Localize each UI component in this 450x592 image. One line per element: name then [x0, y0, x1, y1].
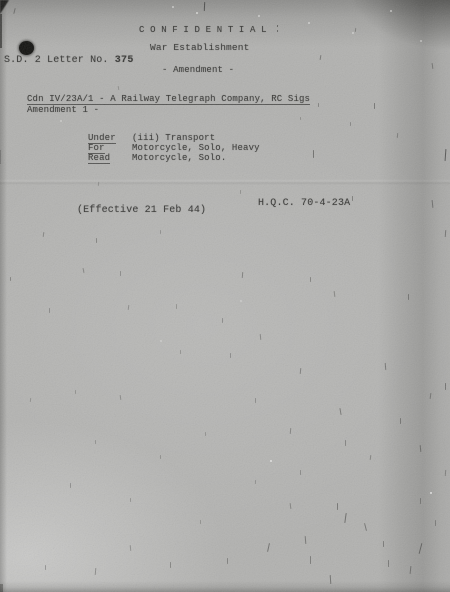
scratch-mark	[350, 122, 351, 126]
left-edge-mark	[0, 150, 1, 164]
scratch-mark	[432, 200, 434, 208]
scratch-mark	[320, 55, 322, 60]
scratch-mark	[120, 271, 121, 276]
document-title-text: Cdn IV/23A/1 - A Railway Telegraph Compa…	[27, 94, 310, 105]
scratch-mark	[10, 277, 11, 281]
scratch-mark	[419, 543, 423, 554]
scratch-mark	[43, 232, 45, 237]
scratch-mark	[200, 520, 201, 524]
scratch-mark	[277, 25, 278, 27]
scratch-mark	[95, 440, 96, 444]
scratch-mark	[128, 305, 130, 310]
scratch-mark	[96, 238, 97, 243]
scanned-document-page: C O N F I D E N T I A L War Establishmen…	[0, 0, 450, 592]
dust-speck	[352, 32, 354, 34]
scratch-mark	[370, 455, 372, 460]
scratch-mark	[352, 196, 353, 201]
dust-speck	[172, 6, 174, 8]
scratch-mark	[160, 455, 161, 459]
scratch-mark	[260, 334, 262, 340]
dust-speck	[196, 12, 198, 14]
scratch-mark	[98, 182, 99, 186]
scratch-mark	[130, 545, 132, 551]
scratch-mark	[255, 480, 256, 484]
scratch-mark	[204, 2, 205, 11]
scratch-mark	[300, 117, 301, 120]
left-edge-mark	[0, 584, 3, 592]
scratch-mark	[130, 498, 131, 502]
scratch-mark	[230, 353, 231, 358]
scratch-mark	[30, 398, 31, 402]
scratch-mark	[337, 503, 338, 510]
left-edge-mark	[0, 14, 2, 48]
dust-speck	[270, 460, 272, 462]
classification-header: C O N F I D E N T I A L	[139, 25, 267, 35]
scratch-mark	[432, 63, 434, 69]
amendment-line: Amendment 1 -	[27, 105, 99, 115]
scratch-mark	[240, 190, 241, 194]
scratch-mark	[267, 543, 270, 552]
scratch-mark	[118, 86, 120, 90]
scratch-mark	[430, 393, 432, 399]
dust-speck	[430, 492, 432, 494]
scratch-mark	[180, 350, 181, 354]
change-label: Read	[88, 153, 110, 164]
scratch-mark	[397, 133, 399, 138]
scratch-mark	[205, 432, 206, 436]
scratch-mark	[170, 562, 171, 568]
scratch-mark	[310, 277, 311, 282]
scratch-mark	[255, 398, 256, 403]
scratch-mark	[13, 8, 15, 14]
scratch-mark	[290, 503, 292, 509]
scratch-mark	[408, 294, 409, 300]
scratch-mark	[410, 566, 412, 574]
dust-speck	[308, 22, 310, 24]
change-row-read: Read	[88, 153, 110, 164]
scratch-mark	[82, 268, 84, 273]
amendment-banner: - Amendment -	[162, 65, 234, 75]
change-value: Motorcycle, Solo.	[132, 153, 226, 163]
scratch-mark	[95, 568, 97, 575]
scratch-mark	[222, 318, 223, 323]
scratch-mark	[120, 395, 122, 400]
effective-date: (Effective 21 Feb 44)	[77, 206, 206, 216]
corner-fold-mark	[0, 0, 9, 14]
dust-speck	[390, 10, 392, 12]
scratch-mark	[227, 558, 228, 564]
scratch-mark	[313, 150, 314, 158]
scratch-mark	[330, 575, 332, 584]
punch-hole	[19, 41, 34, 55]
scratch-mark	[300, 470, 301, 475]
scratch-mark	[339, 408, 341, 415]
scratch-mark	[435, 520, 436, 526]
scratch-mark	[75, 390, 76, 394]
change-value: (iii) Transport	[132, 133, 215, 143]
scratch-mark	[388, 560, 389, 567]
scratch-mark	[310, 556, 311, 564]
scratch-mark	[70, 483, 71, 488]
scratch-mark	[374, 103, 375, 109]
scratch-mark	[49, 308, 50, 313]
scratch-mark	[364, 523, 367, 531]
dust-speck	[420, 40, 422, 42]
scratch-mark	[383, 541, 384, 547]
scratch-mark	[445, 470, 447, 476]
scratch-mark	[305, 536, 307, 544]
letter-number-line: S.D. 2 Letter No. 375	[4, 56, 134, 66]
scratch-mark	[355, 28, 357, 32]
letter-number-label: S.D. 2 Letter No.	[4, 55, 109, 66]
dust-speck	[258, 15, 260, 17]
scratch-mark	[445, 149, 447, 161]
scratch-mark	[176, 304, 177, 309]
dust-speck	[240, 300, 242, 302]
change-value: Motorcycle, Solo, Heavy	[132, 143, 260, 153]
scratch-mark	[45, 565, 46, 570]
scratch-mark	[290, 428, 292, 434]
scratch-mark	[385, 363, 387, 370]
dust-speck	[160, 340, 162, 342]
scratch-mark	[277, 30, 278, 32]
scratch-mark	[400, 418, 401, 424]
film-grain-overlay	[0, 0, 450, 592]
scratch-mark	[344, 513, 346, 523]
scratch-mark	[420, 498, 421, 504]
dust-speck	[60, 120, 62, 122]
establishment-label: War Establishment	[150, 43, 249, 53]
scratch-mark	[160, 230, 161, 234]
scratch-mark	[318, 103, 319, 107]
letter-number-value: 375	[115, 55, 134, 66]
file-reference: H.Q.C. 70-4-23A	[258, 199, 350, 209]
scratch-mark	[445, 230, 447, 237]
scratch-mark	[445, 383, 446, 390]
scratch-mark	[242, 272, 244, 278]
scratch-mark	[334, 291, 336, 297]
scratch-mark	[300, 368, 302, 374]
document-title: Cdn IV/23A/1 - A Railway Telegraph Compa…	[27, 94, 310, 104]
scratch-mark	[345, 440, 346, 446]
scratch-mark	[420, 445, 422, 452]
